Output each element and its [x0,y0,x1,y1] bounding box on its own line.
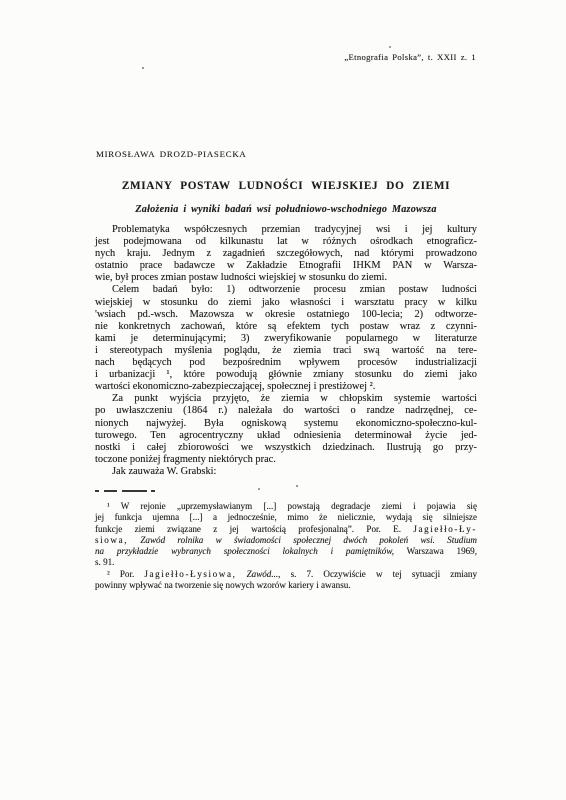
cited-author-spaced: Jagiełło-Łysiowa, [144,569,236,579]
text-run: wartości ekonomiczno-zabezpieczającej, s… [95,381,375,392]
text-line: siowa, Zawód rolnika w świadomości społe… [95,535,477,546]
text-line: i stereotypach myślenia poglądu, że ziem… [95,345,477,357]
text-run: kami je determinującymi; 3) zweryfikowan… [95,333,477,344]
journal-header: „Etnografia Polska”, t. XXII z. 1 [344,52,476,62]
text-run: nostki i całej zbiorowości we wszystkich… [95,442,477,453]
page-background: „Etnografia Polska”, t. XXII z. 1 MIROSŁ… [0,0,566,800]
cited-author-spaced: siowa, [95,535,128,545]
text-line: na przykładzie wybranych społeczności lo… [95,546,477,557]
scanned-journal-page: { "journal_header": "„Etnografia Polska”… [0,0,566,800]
text-run: ² Por. [107,569,144,579]
article-body: Problematyka współczesnych przemian trad… [95,224,477,478]
text-run: s. 7. Oczywiście w tej sytuacji zmiany [280,569,477,579]
text-line: ¹ W rejonie „uprzemysławianym [...] pows… [95,501,477,512]
scan-speck [142,67,144,69]
text-run: toczone poniżej fragmenty niektórych pra… [95,454,276,465]
cited-work-italic: Zawód..., [247,569,281,579]
text-run: nionych najwyżej. Była ogniskową systemu… [95,418,477,429]
text-run [236,569,246,579]
text-run: turowego. Ten agrocentryczny układ odnie… [95,430,477,441]
text-line: 'wsiach pd.-wsch. Mazowsza w okresie ost… [95,309,477,321]
text-line: ² Por. Jagiełło-Łysiowa, Zawód..., s. 7.… [95,569,477,580]
text-run: Celem badań było: 1) odtworzenie procesu… [112,284,477,295]
text-line: turowego. Ten agrocentryczny układ odnie… [95,430,477,442]
text-line: s. 91. [95,557,477,568]
article-title: ZMIANY POSTAW LUDNOŚCI WIEJSKIEJ DO ZIEM… [95,180,477,192]
text-run: i urbanizacji ¹, które powodują głównie … [95,369,477,380]
text-line: wie, był proces zmian postaw ludności wi… [95,272,477,284]
cited-work-italic: Zawód rolnika w świadomości społecznej d… [140,535,477,545]
text-line: jest podejmowana od kilkunastu lat w róż… [95,236,477,248]
text-line: nie konkretnych zachowań, które są efekt… [95,321,477,333]
text-line: jej funkcja ujemna [...] a jednocześnie,… [95,512,477,523]
text-run [128,535,140,545]
text-run: Problematyka współczesnych przemian trad… [112,224,477,235]
scan-speck [258,488,260,490]
cited-work-italic: na przykładzie wybranych społeczności lo… [95,546,394,556]
text-run: Warszawa 1969, [394,546,477,556]
article-author: MIROSŁAWA DROZD-PIASECKA [96,149,247,159]
cited-author-spaced: Jagiełło-Ły- [413,524,477,534]
text-line: toczone poniżej fragmenty niektórych pra… [95,454,477,466]
text-line: nionych najwyżej. Była ogniskową systemu… [95,418,477,430]
text-run: nych kraju. Jednym z zagadnień szczegóło… [95,248,477,259]
text-line: kami je determinującymi; 3) zweryfikowan… [95,333,477,345]
scan-speck [296,485,298,487]
text-run: Za punkt wyjścia przyjęto, że ziemia w c… [112,393,477,404]
text-run: po uwłaszczeniu (1864 r.) należała do wa… [95,405,477,416]
footnotes-block: ¹ W rejonie „uprzemysławianym [...] pows… [95,501,477,591]
text-line: wartości ekonomiczno-zabezpieczającej, s… [95,381,477,393]
article-subtitle: Założenia i wyniki badań wsi południowo-… [95,204,477,215]
text-line: Celem badań było: 1) odtworzenie procesu… [95,284,477,296]
footnote-separator-rule [95,490,155,492]
text-run: 'wsiach pd.-wsch. Mazowsza w okresie ost… [95,309,477,320]
text-run: powinny wpływać na tworzenie się nowych … [95,580,351,590]
text-run: wie, był proces zmian postaw ludności wi… [95,272,387,283]
text-run: nach będących pod bezpośrednim wpływem p… [95,357,477,368]
text-line: Za punkt wyjścia przyjęto, że ziemia w c… [95,393,477,405]
text-line: i urbanizacji ¹, które powodują głównie … [95,369,477,381]
text-run: ostatnio prace badawcze w Zakładzie Etno… [95,260,477,271]
text-run: jej funkcja ujemna [...] a jednocześnie,… [95,512,477,522]
text-line: nych kraju. Jednym z zagadnień szczegóło… [95,248,477,260]
text-run: jest podejmowana od kilkunastu lat w róż… [95,236,477,247]
text-line: po uwłaszczeniu (1864 r.) należała do wa… [95,405,477,417]
text-line: nostki i całej zbiorowości we wszystkich… [95,442,477,454]
text-run: funkcje ziemi związane z jej wartością p… [95,524,413,534]
text-run: wiejskiej w stosunku do ziemi jako własn… [95,297,477,308]
text-line: funkcje ziemi związane z jej wartością p… [95,524,477,535]
text-run: nie konkretnych zachowań, które są efekt… [95,321,477,332]
text-run: s. 91. [95,557,114,567]
text-line: ostatnio prace badawcze w Zakładzie Etno… [95,260,477,272]
text-line: Problematyka współczesnych przemian trad… [95,224,477,236]
text-line: nach będących pod bezpośrednim wpływem p… [95,357,477,369]
text-run: ¹ W rejonie „uprzemysławianym [...] pows… [107,501,477,511]
text-line: wiejskiej w stosunku do ziemi jako własn… [95,297,477,309]
text-line: Jak zauważa W. Grabski: [95,466,477,478]
text-line: powinny wpływać na tworzenie się nowych … [95,580,477,591]
scan-speck [389,46,391,48]
text-run: i stereotypach myślenia poglądu, że ziem… [95,345,477,356]
text-run: Jak zauważa W. Grabski: [112,466,216,477]
